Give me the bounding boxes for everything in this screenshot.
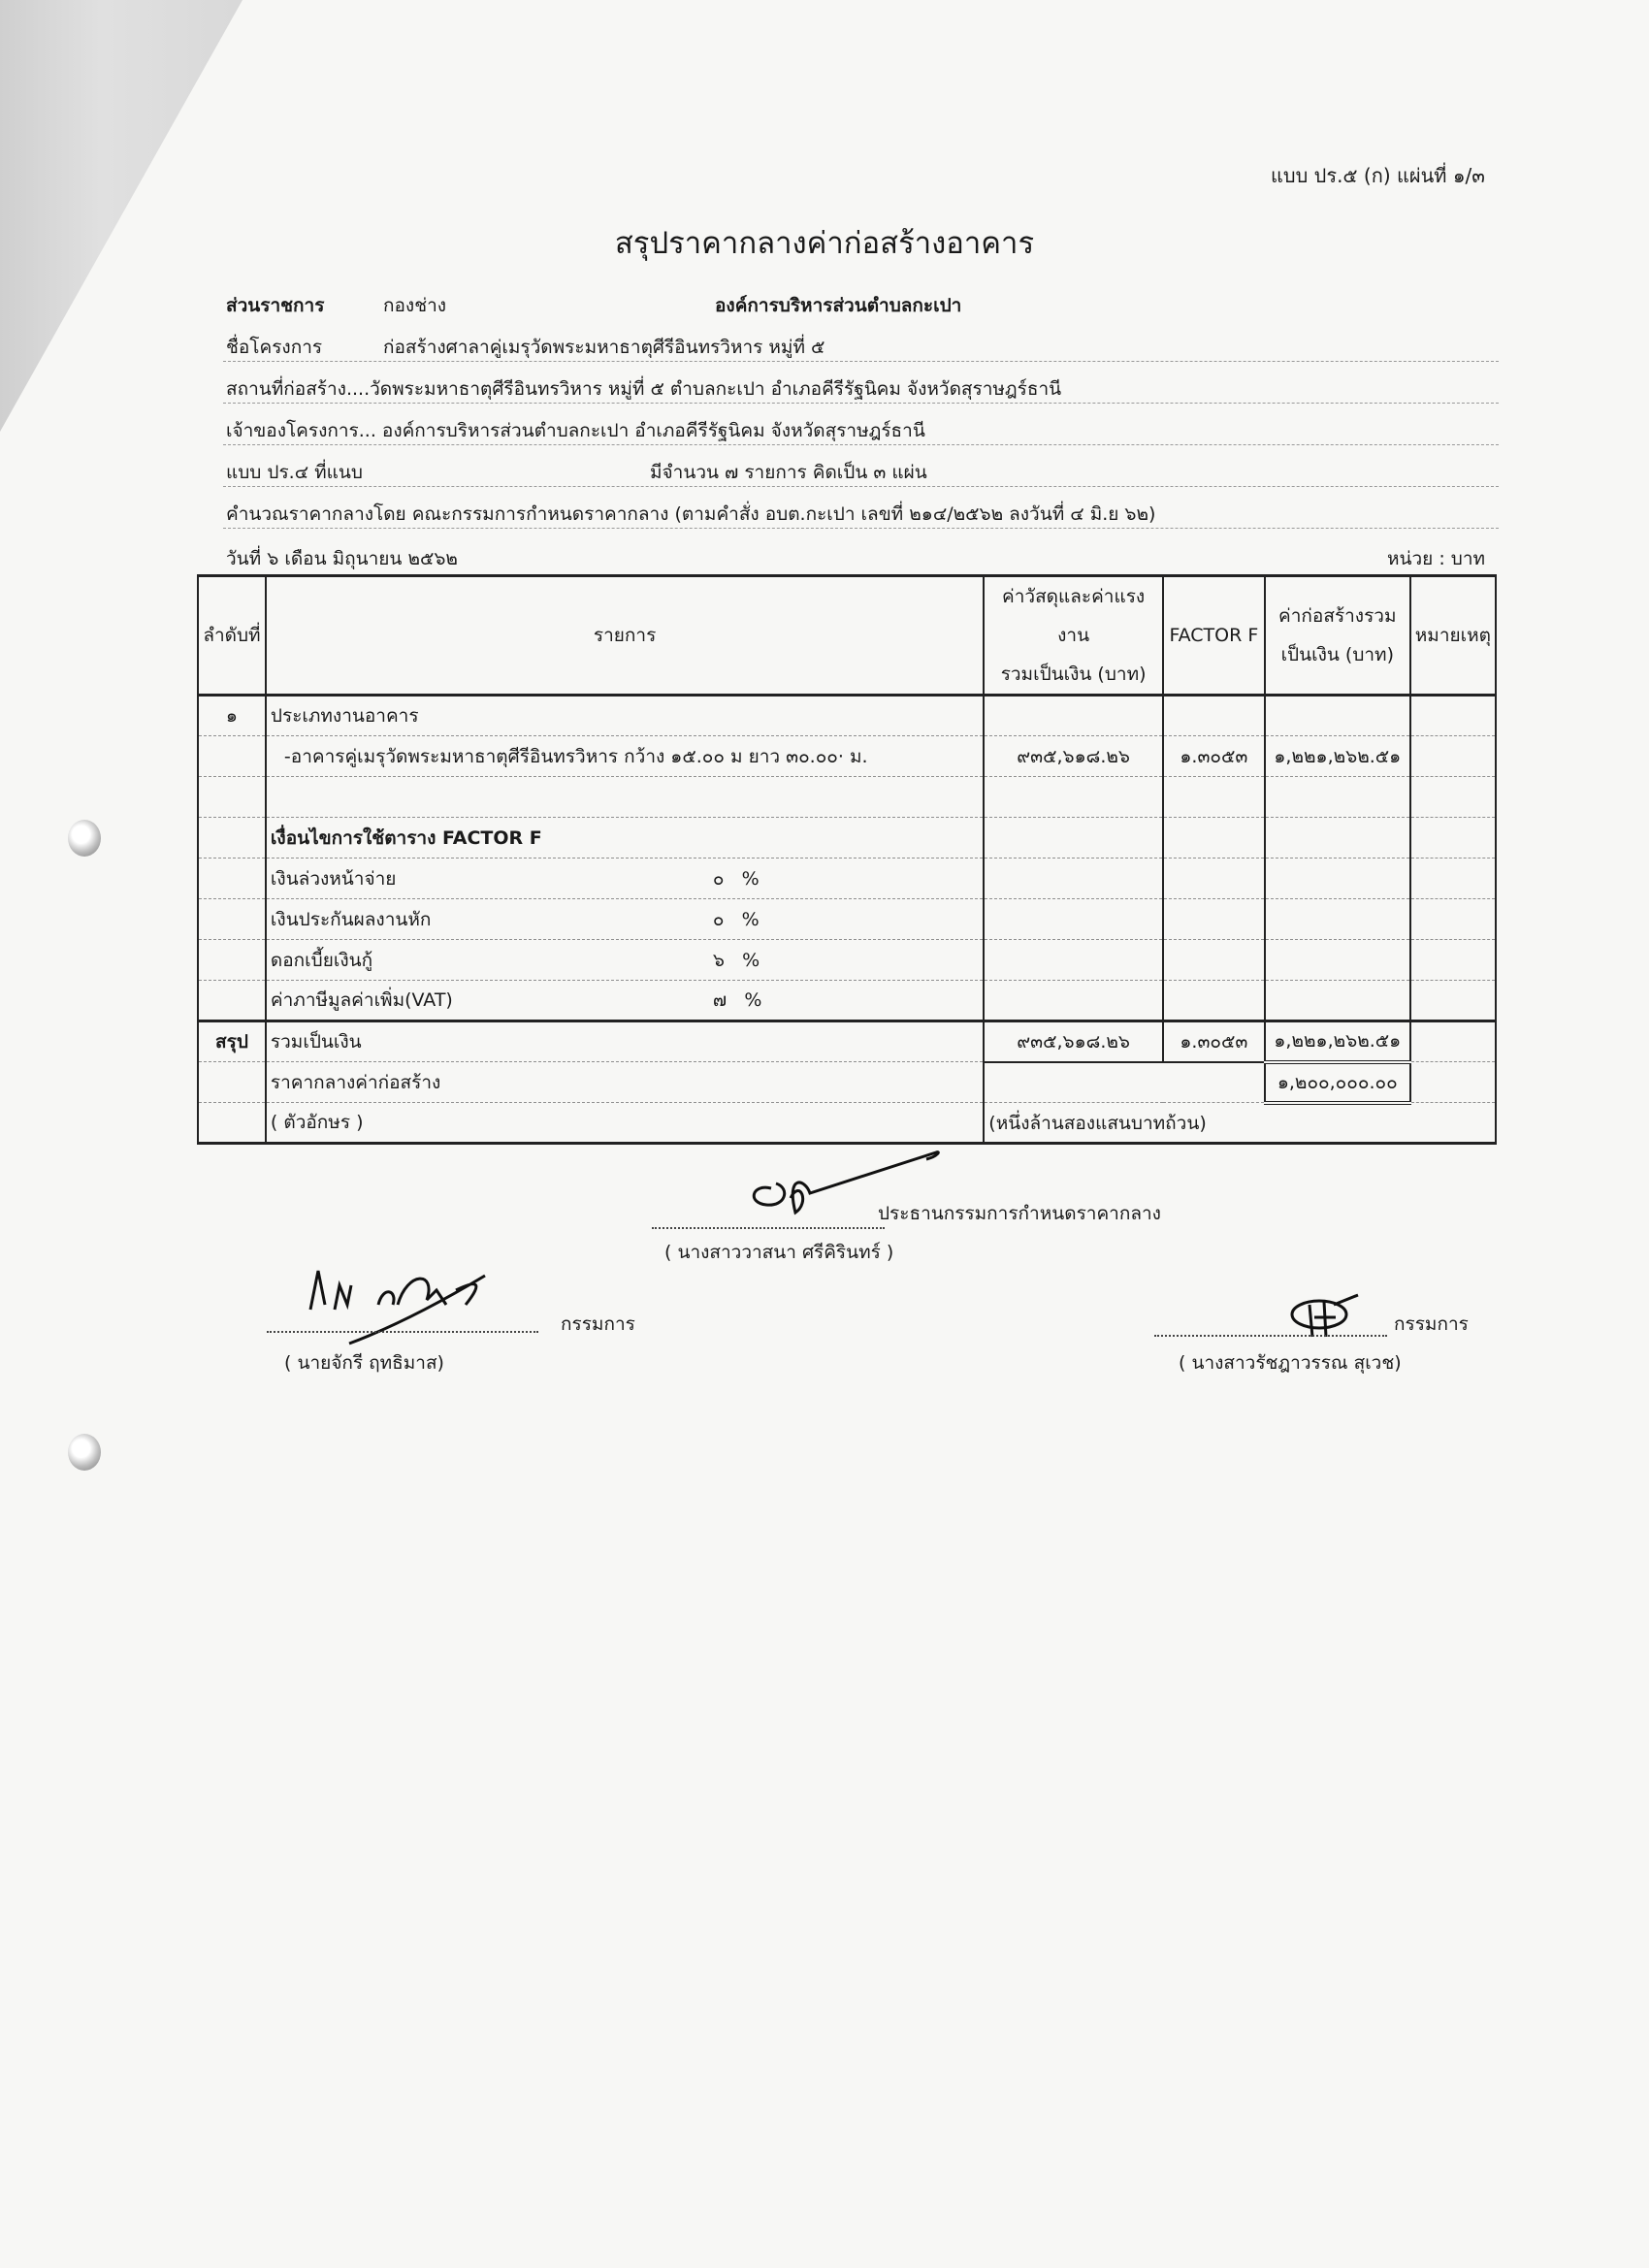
row-no: ๑	[198, 696, 266, 736]
row-remark	[1410, 696, 1496, 736]
member1-name: ( นายจักรี ฤทธิมาส)	[284, 1348, 444, 1377]
condition-label: ดอกเบี้ยเงินกู้	[271, 950, 372, 971]
amount-in-words-label: ( ตัวอักษร )	[266, 1103, 984, 1144]
condition-row: เงินล่วงหน้าจ่าย๐ %	[198, 859, 1496, 899]
condition-unit: %	[744, 989, 761, 1011]
row-material	[984, 696, 1163, 736]
sum-material: ๙๓๕,๖๑๘.๒๖	[984, 1021, 1163, 1062]
column-header-total-line1: ค่าก่อสร้างรวม	[1270, 597, 1406, 635]
row-item: ประเภทงานอาคาร	[266, 696, 984, 736]
row-factor: ๑.๓๐๕๓	[1163, 736, 1265, 777]
column-header-no: ลำดับที่	[198, 576, 266, 696]
condition-unit: %	[742, 868, 760, 890]
form-reference: แบบ ปร.๕ (ก) แผ่นที่ ๑/๓	[1271, 160, 1485, 191]
condition-row: ดอกเบี้ยเงินกู้๖ %	[198, 940, 1496, 981]
chair-name: ( นางสาววาสนา ศรีคิรินทร์ )	[664, 1238, 893, 1267]
row-remark	[1410, 736, 1496, 777]
row-material: ๙๓๕,๖๑๘.๒๖	[984, 736, 1163, 777]
column-header-remark: หมายเหตุ	[1410, 576, 1496, 696]
owner-row: เจ้าของโครงการ... องค์การบริหารส่วนตำบลก…	[223, 404, 1499, 445]
member1-role: กรรมการ	[561, 1310, 635, 1339]
sum-total: ๑,๒๒๑,๒๖๒.๕๑	[1265, 1021, 1410, 1062]
member2-signature-line	[1154, 1333, 1387, 1337]
table-row: -อาคารคู่เมรุวัดพระมหาธาตุศีรีอินทรวิหาร…	[198, 736, 1496, 777]
median-price-label: ราคากลางค่าก่อสร้าง	[266, 1062, 984, 1103]
punch-hole	[68, 1434, 101, 1471]
chair-role: ประธานกรรมการกำหนดราคากลาง	[878, 1199, 1161, 1228]
table-header-row: ลำดับที่ รายการ ค่าวัสดุและค่าแรงงาน รวม…	[198, 576, 1496, 696]
summary-label: สรุป	[198, 1021, 266, 1062]
project-value: ก่อสร้างศาลาคู่เมรุวัดพระมหาธาตุศีรีอินท…	[383, 333, 824, 362]
organization-name: องค์การบริหารส่วนตำบลกะเปา	[715, 291, 961, 320]
member2-signature-icon	[1276, 1290, 1373, 1348]
condition-value: ๖	[713, 950, 725, 971]
site-row: สถานที่ก่อสร้าง....วัดพระมหาธาตุศีรีอินท…	[223, 362, 1499, 404]
document-date: วันที่ ๖ เดือน มิถุนายน ๒๕๖๒	[226, 544, 458, 573]
amount-in-words-value: (หนึ่งล้านสองแสนบาทถ้วน)	[984, 1103, 1496, 1144]
condition-label: เงินประกันผลงานหัก	[271, 909, 431, 930]
attached-form-label: แบบ ปร.๔ ที่แนบ	[226, 458, 363, 487]
condition-unit: %	[742, 950, 760, 971]
amount-in-words-row: ( ตัวอักษร ) (หนึ่งล้านสองแสนบาทถ้วน)	[198, 1103, 1496, 1144]
row-total	[1265, 696, 1410, 736]
condition-label: ค่าภาษีมูลค่าเพิ่ม(VAT)	[271, 989, 453, 1011]
column-header-factor: FACTOR F	[1163, 576, 1265, 696]
attachment-row: แบบ ปร.๔ ที่แนบ มีจำนวน ๗ รายการ คิดเป็น…	[223, 445, 1499, 487]
column-header-material-line1: ค่าวัสดุและค่าแรงงาน	[988, 577, 1158, 655]
table-row	[198, 777, 1496, 818]
member2-role: กรรมการ	[1394, 1310, 1469, 1339]
attached-count: มีจำนวน ๗ รายการ คิดเป็น ๓ แผ่น	[650, 458, 927, 487]
department-value: กองช่าง	[383, 291, 446, 320]
project-row: ชื่อโครงการ ก่อสร้างศาลาคู่เมรุวัดพระมหา…	[223, 320, 1499, 362]
member1-signature-line	[267, 1329, 538, 1333]
row-item: -อาคารคู่เมรุวัดพระมหาธาตุศีรีอินทรวิหาร…	[266, 736, 984, 777]
condition-unit: %	[742, 909, 760, 930]
page-title: สรุปราคากลางค่าก่อสร้างอาคาร	[0, 218, 1649, 267]
conditions-title: เงื่อนไขการใช้ตาราง FACTOR F	[266, 818, 984, 859]
member2-name: ( นางสาวรัชฎาวรรณ สุเวช)	[1179, 1348, 1402, 1377]
department-label: ส่วนราชการ	[226, 291, 324, 320]
project-owner: เจ้าของโครงการ... องค์การบริหารส่วนตำบลก…	[226, 416, 925, 445]
condition-label: เงินล่วงหน้าจ่าย	[271, 868, 396, 890]
member1-signature-icon	[291, 1251, 524, 1348]
summary-row: สรุป รวมเป็นเงิน ๙๓๕,๖๑๘.๒๖ ๑.๓๐๕๓ ๑,๒๒๑…	[198, 1021, 1496, 1062]
row-no	[198, 736, 266, 777]
calculated-by-row: คำนวณราคากลางโดย คณะกรรมการกำหนดราคากลาง…	[223, 487, 1499, 529]
calculated-by: คำนวณราคากลางโดย คณะกรรมการกำหนดราคากลาง…	[226, 500, 1155, 529]
condition-value: ๐	[713, 909, 725, 930]
column-header-material: ค่าวัสดุและค่าแรงงาน รวมเป็นเงิน (บาท)	[984, 576, 1163, 696]
currency-unit: หน่วย : บาท	[1387, 544, 1485, 573]
column-header-item: รายการ	[266, 576, 984, 696]
condition-row: เงินประกันผลงานหัก๐ %	[198, 899, 1496, 940]
sum-label: รวมเป็นเงิน	[266, 1021, 984, 1062]
sum-factor: ๑.๓๐๕๓	[1163, 1021, 1265, 1062]
condition-value: ๗	[713, 989, 727, 1011]
median-price-row: ราคากลางค่าก่อสร้าง ๑,๒๐๐,๐๐๐.๐๐	[198, 1062, 1496, 1103]
chair-signature-line	[652, 1225, 885, 1229]
median-price-value: ๑,๒๐๐,๐๐๐.๐๐	[1265, 1062, 1410, 1103]
condition-row: ค่าภาษีมูลค่าเพิ่ม(VAT)๗ %	[198, 981, 1496, 1021]
condition-value: ๐	[713, 868, 725, 890]
column-header-total-line2: เป็นเงิน (บาท)	[1270, 635, 1406, 674]
cost-summary-table: ลำดับที่ รายการ ค่าวัสดุและค่าแรงงาน รวม…	[197, 574, 1497, 1145]
row-total: ๑,๒๒๑,๒๖๒.๕๑	[1265, 736, 1410, 777]
project-label: ชื่อโครงการ	[226, 333, 322, 362]
punch-hole	[68, 820, 101, 857]
construction-site: สถานที่ก่อสร้าง....วัดพระมหาธาตุศีรีอินท…	[226, 374, 1061, 404]
conditions-title-row: เงื่อนไขการใช้ตาราง FACTOR F	[198, 818, 1496, 859]
table-row: ๑ ประเภทงานอาคาร	[198, 696, 1496, 736]
column-header-total: ค่าก่อสร้างรวม เป็นเงิน (บาท)	[1265, 576, 1410, 696]
column-header-material-line2: รวมเป็นเงิน (บาท)	[988, 655, 1158, 694]
row-factor	[1163, 696, 1265, 736]
